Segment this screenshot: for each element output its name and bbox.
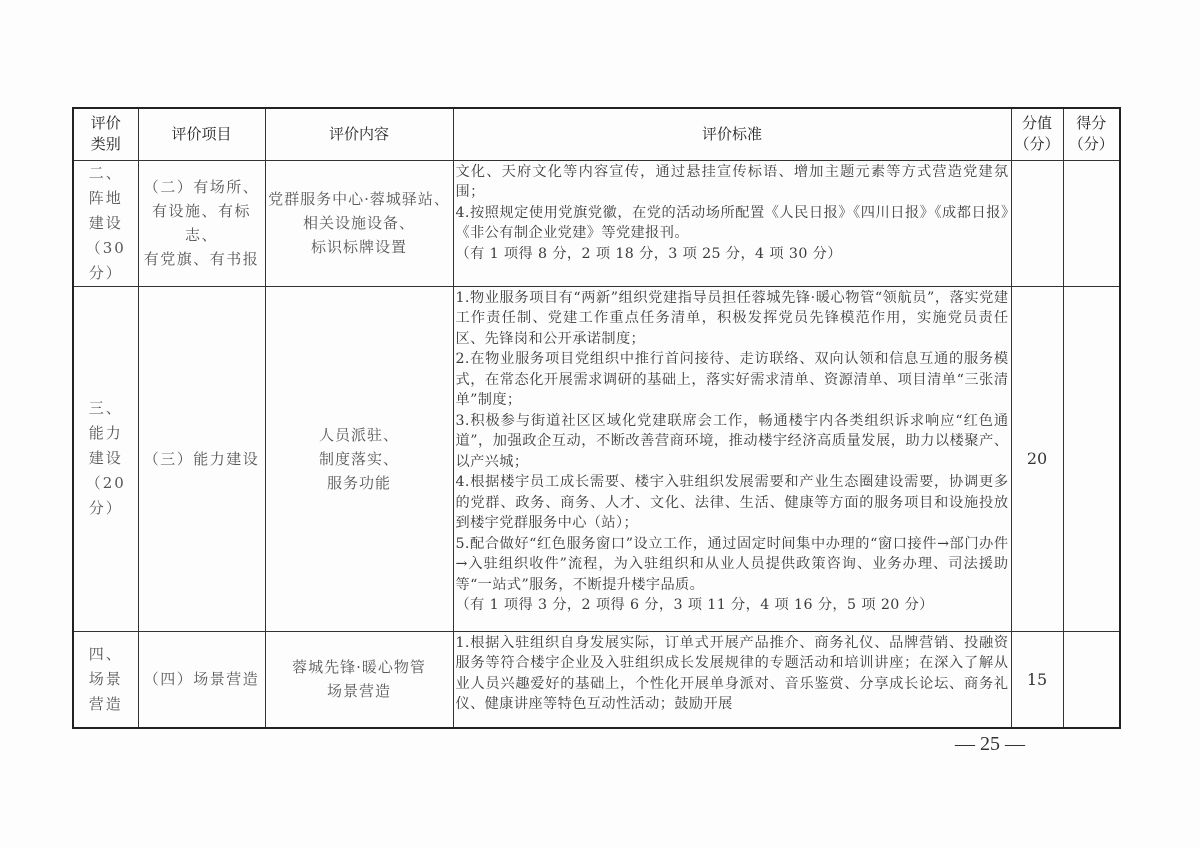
standard-cell: 文化、天府文化等内容宣传，通过悬挂宣传标语、增加主题元素等方式营造党建氛围； 4… bbox=[453, 160, 1011, 286]
header-score: 分值（分） bbox=[1011, 108, 1063, 160]
table-row: 三、 能力 建设 （20 分） （三）能力建设 人员派驻、 制度落实、 服务功能… bbox=[73, 286, 1120, 631]
header-standard: 评价标准 bbox=[453, 108, 1011, 160]
table-row: 二、 阵地 建设 （30 分） （二）有场所、 有设施、有标志、 有党旗、有书报… bbox=[73, 160, 1120, 286]
standard-item: 4.根据楼宇员工成长需要、楼宇入驻组织发展需要和产业生态圈建设需要，协调更多的党… bbox=[456, 472, 1009, 534]
standard-item: 1.根据入驻组织自身发展实际，订单式开展产品推介、商务礼仪、品牌营销、投融资服务… bbox=[456, 633, 1009, 715]
header-item: 评价项目 bbox=[138, 108, 265, 160]
standard-scoring-rule: （有 1 项得 8 分，2 项 18 分，3 项 25 分，4 项 30 分） bbox=[456, 244, 1009, 265]
page-number: — 25 — bbox=[955, 733, 1025, 756]
content-cell: 蓉城先锋·暖心物管 场景营造 bbox=[265, 631, 453, 728]
item-cell: （三）能力建设 bbox=[138, 286, 265, 631]
got-score-cell[interactable] bbox=[1063, 286, 1120, 631]
table-header-row: 评价类别 评价项目 评价内容 评价标准 分值（分） 得分（分） bbox=[73, 108, 1120, 160]
evaluation-table: 评价类别 评价项目 评价内容 评价标准 分值（分） 得分（分） 二、 阵地 建设… bbox=[72, 107, 1121, 729]
standard-item: 4.按照规定使用党旗党徽，在党的活动场所配置《人民日报》《四川日报》《成都日报》… bbox=[456, 203, 1009, 244]
standard-item: 5.配合做好“红色服务窗口”设立工作，通过固定时间集中办理的“窗口接件→部门办件… bbox=[456, 534, 1009, 596]
standard-item: 2.在物业服务项目党组织中推行首问接待、走访联络、双向认领和信息互通的服务模式，… bbox=[456, 349, 1009, 411]
got-score-cell[interactable] bbox=[1063, 160, 1120, 286]
content-cell: 人员派驻、 制度落实、 服务功能 bbox=[265, 286, 453, 631]
table-row: 四、 场景 营造 （四）场景营造 蓉城先锋·暖心物管 场景营造 1.根据入驻组织… bbox=[73, 631, 1120, 728]
standard-item: 文化、天府文化等内容宣传，通过悬挂宣传标语、增加主题元素等方式营造党建氛围； bbox=[456, 162, 1009, 203]
standard-item: 1.物业服务项目有“两新”组织党建指导员担任蓉城先锋·暖心物管“领航员”，落实党… bbox=[456, 288, 1009, 350]
item-cell: （四）场景营造 bbox=[138, 631, 265, 728]
standard-cell: 1.根据入驻组织自身发展实际，订单式开展产品推介、商务礼仪、品牌营销、投融资服务… bbox=[453, 631, 1011, 728]
category-cell: 四、 场景 营造 bbox=[73, 631, 138, 728]
header-category: 评价类别 bbox=[73, 108, 138, 160]
standard-cell: 1.物业服务项目有“两新”组织党建指导员担任蓉城先锋·暖心物管“领航员”，落实党… bbox=[453, 286, 1011, 631]
header-got: 得分（分） bbox=[1063, 108, 1120, 160]
category-cell: 三、 能力 建设 （20 分） bbox=[73, 286, 138, 631]
got-score-cell[interactable] bbox=[1063, 631, 1120, 728]
document-page: 评价类别 评价项目 评价内容 评价标准 分值（分） 得分（分） 二、 阵地 建设… bbox=[0, 0, 1200, 848]
score-cell: 20 bbox=[1011, 286, 1063, 631]
standard-item: 3.积极参与街道社区区域化党建联席会工作，畅通楼宇内各类组织诉求响应“红色通道”… bbox=[456, 411, 1009, 473]
score-cell bbox=[1011, 160, 1063, 286]
header-content: 评价内容 bbox=[265, 108, 453, 160]
score-cell: 15 bbox=[1011, 631, 1063, 728]
item-cell: （二）有场所、 有设施、有标志、 有党旗、有书报 bbox=[138, 160, 265, 286]
category-cell: 二、 阵地 建设 （30 分） bbox=[73, 160, 138, 286]
content-cell: 党群服务中心·蓉城驿站、 相关设施设备、 标识标牌设置 bbox=[265, 160, 453, 286]
standard-scoring-rule: （有 1 项得 3 分，2 项得 6 分，3 项 11 分，4 项 16 分，5… bbox=[456, 595, 1009, 616]
